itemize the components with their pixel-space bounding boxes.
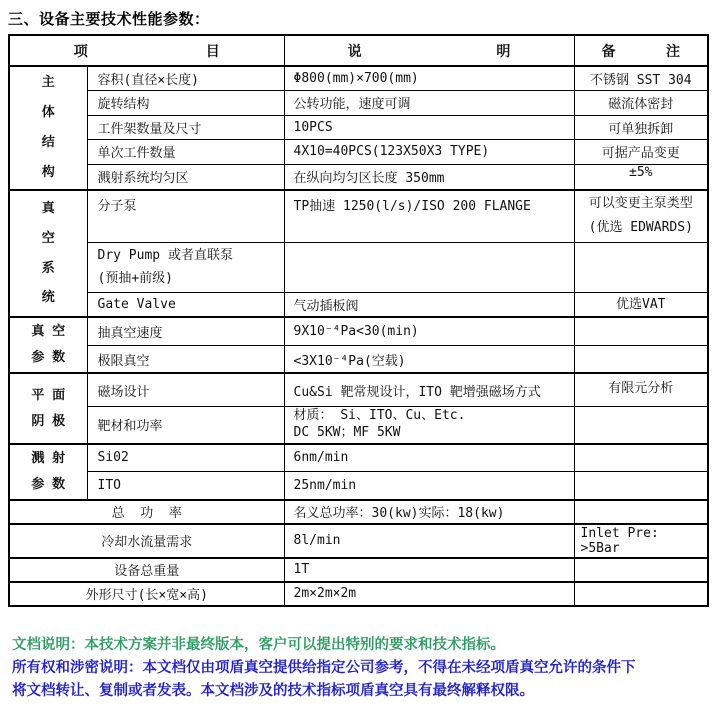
spec-remark xyxy=(574,242,708,292)
spec-desc: TP抽速 1250(l/s)/ISO 200 FLANGE xyxy=(284,190,574,243)
table-row: Dry Pump 或者直联泵 (预抽+前级) xyxy=(9,242,708,292)
spec-remark: 优选VAT xyxy=(574,292,708,317)
spec-remark: 不锈钢 SST 304 xyxy=(574,66,708,91)
spec-remark: 有限元分析 xyxy=(574,373,708,406)
spec-remark: 可以变更主泵类型 (优选 EDWARDS) xyxy=(574,190,708,243)
spec-remark xyxy=(574,345,708,373)
spec-remark xyxy=(574,472,708,500)
table-row: 溅射系统均匀区 在纵向均匀区长度 350mm ±5% xyxy=(9,164,708,190)
spec-desc: 10PCS xyxy=(284,115,574,140)
spec-item: 单次工件数量 xyxy=(87,140,284,165)
summary-remark xyxy=(574,582,708,606)
spec-item: 磁场设计 xyxy=(87,373,284,406)
summary-desc: 2m×2m×2m xyxy=(284,582,574,606)
table-row: 旋转结构 公转功能，速度可调 磁流体密封 xyxy=(9,91,708,116)
spec-desc: Cu&Si 靶常规设计，ITO 靶增强磁场方式 xyxy=(284,373,574,406)
table-row: 冷却水流量需求 8l/min Inlet Pre: >5Bar xyxy=(9,524,708,558)
spec-item: Si02 xyxy=(87,444,284,472)
spec-desc: 公转功能，速度可调 xyxy=(284,91,574,116)
spec-item: 抽真空速度 xyxy=(87,317,284,345)
spec-desc: Φ800(mm)×700(mm) xyxy=(284,66,574,91)
table-row: 设备总重量 1T xyxy=(9,558,708,582)
table-row: 真 空 系 统 分子泵 TP抽速 1250(l/s)/ISO 200 FLANG… xyxy=(9,190,708,243)
spec-item: 旋转结构 xyxy=(87,91,284,116)
group-label-sputter-params: 溅 射 参 数 xyxy=(9,444,87,500)
spec-item: ITO xyxy=(87,472,284,500)
summary-item: 外形尺寸(长×宽×高) xyxy=(9,582,284,606)
spec-item: Dry Pump 或者直联泵 (预抽+前级) xyxy=(87,242,284,292)
group-label-main-structure: 主 体 结 构 xyxy=(9,66,87,190)
spec-remark: 可据产品变更 xyxy=(574,140,708,165)
table-row: 主 体 结 构 容积(直径×长度) Φ800(mm)×700(mm) 不锈钢 S… xyxy=(9,66,708,91)
table-row: 真 空 参 数 抽真空速度 9X10⁻⁴Pa<30(min) xyxy=(9,317,708,345)
summary-remark: Inlet Pre: >5Bar xyxy=(574,524,708,558)
footer-notes: 文档说明：本技术方案并非最终版本，客户可以提出特别的要求和技术指标。 所有权和涉… xyxy=(12,634,708,703)
spec-item: 靶材和功率 xyxy=(87,406,284,443)
summary-item: 冷却水流量需求 xyxy=(9,524,284,558)
spec-desc: 4X10=40PCS(123X50X3 TYPE) xyxy=(284,140,574,165)
table-row: Gate Valve 气动插板阀 优选VAT xyxy=(9,292,708,317)
summary-item: 设备总重量 xyxy=(9,558,284,582)
table-header-row: 项 目 说 明 备 注 xyxy=(9,35,708,66)
spec-item: 溅射系统均匀区 xyxy=(87,164,284,190)
rights-note: 所有权和涉密说明：本文档仅由项盾真空提供给指定公司参考，不得在未经项盾真空允许的… xyxy=(12,657,708,703)
summary-desc: 8l/min xyxy=(284,524,574,558)
spec-desc: 在纵向均匀区长度 350mm xyxy=(284,164,574,190)
table-row: 靶材和功率 材质： Si、ITO、Cu、Etc. DC 5KW；MF 5KW xyxy=(9,406,708,443)
spec-remark xyxy=(574,317,708,345)
spec-table: 项 目 说 明 备 注 主 体 结 构 容积(直径×长度) Φ800(mm)×7… xyxy=(8,34,709,607)
table-row: ITO 25nm/min xyxy=(9,472,708,500)
spec-remark: ±5% xyxy=(574,164,708,190)
summary-remark xyxy=(574,558,708,582)
spec-desc: <3X10⁻⁴Pa(空载) xyxy=(284,345,574,373)
col-header-description: 说 明 xyxy=(284,35,574,66)
spec-item: Gate Valve xyxy=(87,292,284,317)
table-row: 工件架数量及尺寸 10PCS 可单独拆卸 xyxy=(9,115,708,140)
spec-desc: 气动插板阀 xyxy=(284,292,574,317)
table-row: 外形尺寸(长×宽×高) 2m×2m×2m xyxy=(9,582,708,606)
table-row: 总 功 率 名义总功率：30(kw)实际：18(kw) xyxy=(9,500,708,524)
col-header-remark: 备 注 xyxy=(574,35,708,66)
table-row: 平 面 阴 极 磁场设计 Cu&Si 靶常规设计，ITO 靶增强磁场方式 有限元… xyxy=(9,373,708,406)
page-title: 三、设备主要技术性能参数： xyxy=(8,8,708,29)
group-label-vacuum-params: 真 空 参 数 xyxy=(9,317,87,373)
summary-item: 总 功 率 xyxy=(9,500,284,524)
doc-note: 文档说明：本技术方案并非最终版本，客户可以提出特别的要求和技术指标。 xyxy=(12,634,708,657)
spec-desc xyxy=(284,242,574,292)
table-row: 溅 射 参 数 Si02 6nm/min xyxy=(9,444,708,472)
spec-item: 分子泵 xyxy=(87,190,284,243)
spec-desc: 25nm/min xyxy=(284,472,574,500)
col-header-item: 项 目 xyxy=(9,35,284,66)
table-row: 极限真空 <3X10⁻⁴Pa(空载) xyxy=(9,345,708,373)
spec-remark: 可单独拆卸 xyxy=(574,115,708,140)
spec-desc: 9X10⁻⁴Pa<30(min) xyxy=(284,317,574,345)
spec-item: 工件架数量及尺寸 xyxy=(87,115,284,140)
spec-desc: 材质： Si、ITO、Cu、Etc. DC 5KW；MF 5KW xyxy=(284,406,574,443)
spec-remark: 磁流体密封 xyxy=(574,91,708,116)
summary-remark xyxy=(574,500,708,524)
summary-desc: 名义总功率：30(kw)实际：18(kw) xyxy=(284,500,574,524)
group-label-planar-cathode: 平 面 阴 极 xyxy=(9,373,87,443)
group-label-vacuum-system: 真 空 系 统 xyxy=(9,190,87,318)
spec-desc: 6nm/min xyxy=(284,444,574,472)
document-page: 三、设备主要技术性能参数： 项 目 说 明 备 注 主 体 结 构 容积(直径×… xyxy=(0,0,713,703)
spec-item: 极限真空 xyxy=(87,345,284,373)
table-row: 单次工件数量 4X10=40PCS(123X50X3 TYPE) 可据产品变更 xyxy=(9,140,708,165)
spec-item: 容积(直径×长度) xyxy=(87,66,284,91)
summary-desc: 1T xyxy=(284,558,574,582)
spec-remark xyxy=(574,444,708,472)
spec-remark xyxy=(574,406,708,443)
